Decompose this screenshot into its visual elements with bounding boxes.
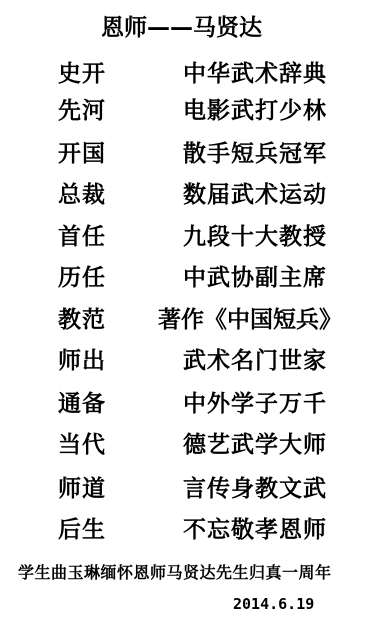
date-text: 2014.6.19	[233, 594, 314, 614]
couplet-right: 武术名门世家	[183, 347, 327, 375]
couplet-right: 不忘敬孝恩师	[183, 516, 327, 544]
couplet-right: 数届武术运动	[183, 181, 327, 209]
couplet-row: 后生 不忘敬孝恩师	[0, 516, 382, 546]
couplet-row: 史开 中华武术辞典	[0, 60, 382, 90]
couplet-left: 后生	[58, 516, 106, 544]
couplet-right: 散手短兵冠军	[183, 140, 327, 168]
page-title: 恩师——马贤达	[101, 14, 262, 42]
couplet-row: 先河 电影武打少林	[0, 97, 382, 127]
couplet-left: 首任	[58, 223, 106, 251]
couplet-left: 师出	[58, 347, 106, 375]
couplet-row: 历任 中武协副主席	[0, 264, 382, 294]
couplet-left: 先河	[58, 97, 106, 125]
couplet-row: 开国 散手短兵冠军	[0, 140, 382, 170]
couplet-left: 史开	[58, 60, 106, 88]
couplet-row: 师道 言传身教文武	[0, 475, 382, 505]
couplet-left: 历任	[58, 264, 106, 292]
couplet-left: 教范	[58, 306, 106, 334]
couplet-row: 通备 中外学子万千	[0, 390, 382, 420]
dedication-line: 学生曲玉琳缅怀恩师马贤达先生归真一周年	[18, 563, 332, 583]
couplet-right: 九段十大教授	[183, 223, 327, 251]
couplet-row: 师出 武术名门世家	[0, 347, 382, 377]
couplet-row: 教范 著作《中国短兵》	[0, 306, 382, 336]
couplet-right: 言传身教文武	[183, 475, 327, 503]
couplet-left: 通备	[58, 390, 106, 418]
couplet-row: 总裁 数届武术运动	[0, 181, 382, 211]
couplet-right: 电影武打少林	[183, 97, 327, 125]
couplet-right: 中华武术辞典	[183, 60, 327, 88]
couplet-right: 著作《中国短兵》	[158, 306, 342, 334]
couplet-row: 当代 德艺武学大师	[0, 431, 382, 461]
couplet-row: 首任 九段十大教授	[0, 223, 382, 253]
couplet-right: 中武协副主席	[183, 264, 327, 292]
couplet-left: 开国	[58, 140, 106, 168]
couplet-right: 中外学子万千	[183, 390, 327, 418]
couplet-left: 当代	[58, 431, 106, 459]
couplet-left: 总裁	[58, 181, 106, 209]
couplet-right: 德艺武学大师	[183, 431, 327, 459]
couplet-left: 师道	[58, 475, 106, 503]
